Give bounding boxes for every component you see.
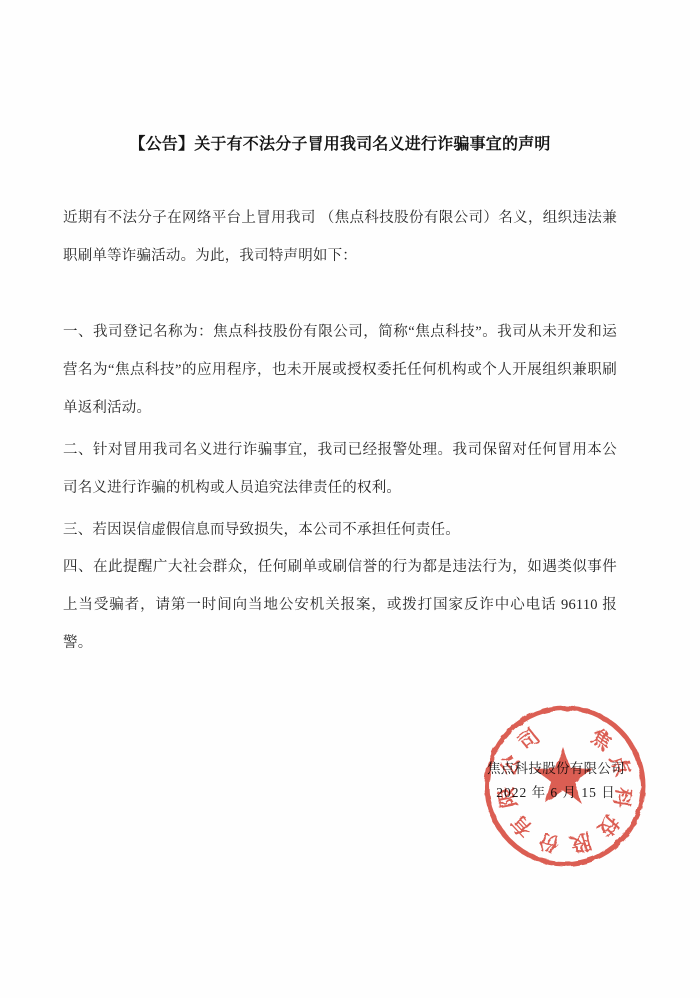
- intro-paragraph: 近期有不法分子在网络平台上冒用我司 （焦点科技股份有限公司）名义，组织违法兼职刷…: [63, 199, 617, 275]
- statement-item-2: 二、针对冒用我司名义进行诈骗事宜，我司已经报警处理。我司保留对任何冒用本公司名义…: [63, 431, 617, 507]
- announcement-document: 【公告】关于有不法分子冒用我司名义进行诈骗事宜的声明 近期有不法分子在网络平台上…: [0, 0, 700, 998]
- statement-item-3: 三、若因误信虚假信息而导致损失，本公司不承担任何责任。: [63, 511, 617, 549]
- signature-date: 2022 年 6 月 15 日: [476, 781, 636, 804]
- statement-item-1: 一、我司登记名称为：焦点科技股份有限公司，简称“焦点科技”。我司从未开发和运营名…: [63, 313, 617, 427]
- signature-company-name: 焦点科技股份有限公司: [476, 757, 636, 781]
- seal-char: 股: [567, 828, 593, 856]
- seal-char: 有: [506, 810, 537, 841]
- signature-block: 焦点科技股份有限公司 2022 年 6 月 15 日: [476, 757, 636, 804]
- seal-char: 司: [514, 725, 544, 755]
- page-title: 【公告】关于有不法分子冒用我司名义进行诈骗事宜的声明: [63, 132, 617, 158]
- seal-char: 焦: [586, 724, 617, 756]
- seal-char: 技: [593, 810, 624, 841]
- statement-item-4: 四、在此提醒广大社会群众，任何刷单或刷信誉的行为都是违法行为，如遇类似事件上当受…: [63, 548, 617, 662]
- seal-char: 份: [536, 828, 562, 857]
